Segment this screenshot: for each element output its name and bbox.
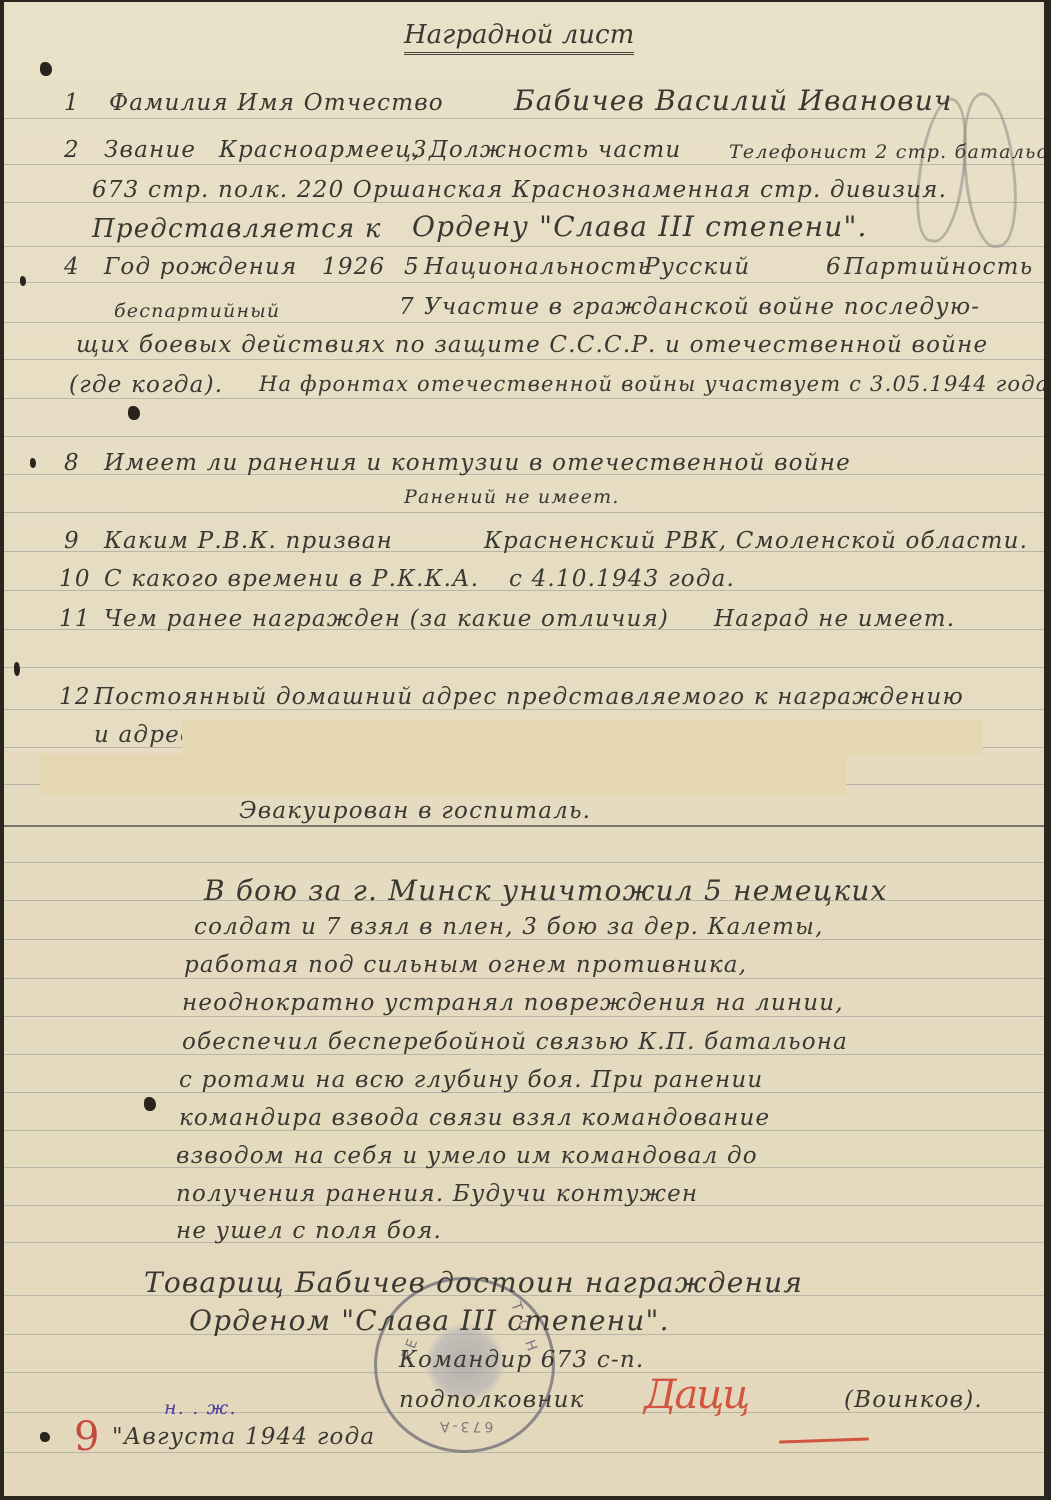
evacuation-note: Эвакуирован в госпиталь. xyxy=(239,798,591,824)
field-number: 5 xyxy=(404,254,420,280)
narrative-line: с ротами на всю глубину боя. При ранении xyxy=(179,1067,763,1093)
ruled-line xyxy=(4,1242,1044,1243)
field-label-fio: Фамилия Имя Отчество xyxy=(109,90,444,116)
commander-signature: Дацц xyxy=(644,1372,748,1418)
conclusion-line: Товарищ Бабичев достоин награждения xyxy=(144,1266,803,1299)
narrative-line: работая под сильным огнем противника, xyxy=(184,952,747,978)
blue-annotation: н. . ж. xyxy=(164,1397,237,1419)
ruled-line xyxy=(4,1452,1044,1453)
signature-underline xyxy=(779,1437,869,1443)
field-value-rvk: Красненский РВК, Смоленской области. xyxy=(484,528,1028,554)
ruled-line xyxy=(4,667,1044,668)
commander-name: (Воинков). xyxy=(844,1387,983,1413)
ruled-line xyxy=(4,246,1044,247)
field-number: 3 xyxy=(412,137,428,163)
ruled-line xyxy=(4,322,1044,323)
field-value-participation: На фронтах отечественной войны участвует… xyxy=(259,372,1044,396)
commander-title: Командир 673 с-п. xyxy=(399,1347,644,1373)
field-number: 6 xyxy=(826,254,842,280)
field-label-prior-awards: Чем ранее награжден (за какие отличия) xyxy=(104,606,669,632)
field-value-wounds: Ранений не имеет. xyxy=(404,486,620,508)
field-label-participation: Участие в гражданской войне последую- xyxy=(424,294,980,320)
narrative-line: В бою за г. Минск уничтожил 5 немецких xyxy=(204,874,888,907)
redacted-address xyxy=(40,754,846,796)
punch-hole xyxy=(40,1432,50,1442)
ruled-line xyxy=(4,164,1044,165)
field-number: 4 xyxy=(64,254,80,280)
field-value-position: Телефонист 2 стр. батальона. xyxy=(729,141,1044,163)
field-number: 1 xyxy=(64,90,80,116)
field-label-address: Постоянный домашний адрес представляемог… xyxy=(94,684,964,710)
award-sheet-page: Наградной лист 1 Фамилия Имя Отчество Ба… xyxy=(4,2,1044,1496)
punch-hole xyxy=(128,406,140,420)
field-value-nationality: Русский xyxy=(644,254,750,280)
field-value-fio: Бабичев Василий Иванович xyxy=(514,84,953,117)
ruled-line xyxy=(4,862,1044,863)
field-number: 7 xyxy=(399,294,415,320)
date-day: 9 xyxy=(74,1414,101,1460)
field-value-award: Ордену "Слава III степени". xyxy=(412,210,868,243)
stamp-text: 673-А xyxy=(437,1418,493,1434)
narrative-line: неоднократно устранял повреждения на лин… xyxy=(182,990,844,1016)
field-number: 11 xyxy=(59,606,91,632)
punch-hole xyxy=(30,458,36,468)
redacted-address xyxy=(182,720,982,756)
field-label-birth-year: Год рождения xyxy=(104,254,297,280)
field-value-prior-awards: Наград не имеет. xyxy=(714,606,955,632)
field-label-since: С какого времени в Р.К.К.А. xyxy=(104,566,479,592)
narrative-line: солдат и 7 взял в плен, 3 бою за дер. Ка… xyxy=(194,914,824,940)
ruled-line xyxy=(4,1016,1044,1017)
field-label-participation-cont: щих боевых действиях по защите С.С.С.Р. … xyxy=(76,332,988,358)
field-label-rank: Звание xyxy=(104,137,196,163)
date-text: "Августа 1944 года xyxy=(112,1424,375,1450)
punch-hole xyxy=(20,276,26,286)
field-number: 8 xyxy=(64,450,80,476)
field-label-rvk: Каким Р.В.К. призван xyxy=(104,528,393,554)
archive-number-mark xyxy=(956,90,1023,250)
narrative-line: командира взвода связи взял командование xyxy=(179,1105,770,1131)
narrative-line: взводом на себя и умело им командовал до xyxy=(176,1143,758,1169)
field-value-birth-year: 1926 xyxy=(322,254,385,280)
ruled-line xyxy=(4,436,1044,437)
narrative-line: обеспечил бесперебойной связью К.П. бата… xyxy=(182,1029,848,1055)
punch-hole xyxy=(40,62,52,76)
section-divider xyxy=(4,825,1044,827)
narrative-line: получения ранения. Будучи контужен xyxy=(176,1181,698,1207)
punch-hole xyxy=(144,1097,156,1111)
field-value-since: с 4.10.1943 года. xyxy=(509,566,735,592)
field-label-party: Партийность xyxy=(844,254,1033,280)
field-value-party: беспартийный xyxy=(114,300,280,322)
field-label-wounds: Имеет ли ранения и контузии в отечествен… xyxy=(104,450,851,476)
field-value-unit: 673 стр. полк. 220 Оршанская Краснознаме… xyxy=(92,177,947,203)
field-value-rank: Красноармеец, xyxy=(219,137,421,163)
field-number: 9 xyxy=(64,528,80,554)
punch-hole xyxy=(14,662,20,676)
narrative-line: не ушел с поля боя. xyxy=(176,1218,442,1244)
field-label-position: Должность части xyxy=(429,137,681,163)
commander-rank: подполковник xyxy=(399,1387,585,1413)
field-number: 2 xyxy=(64,137,80,163)
field-number: 10 xyxy=(59,566,91,592)
ruled-line xyxy=(4,282,1044,283)
ruled-line xyxy=(4,978,1044,979)
ruled-line xyxy=(4,512,1044,513)
conclusion-award: Орденом "Слава III степени". xyxy=(189,1304,670,1337)
field-label-nominated: Представляется к xyxy=(92,214,382,244)
document-title: Наградной лист xyxy=(404,20,634,55)
field-label-where-when: (где когда). xyxy=(69,372,223,398)
ruled-line xyxy=(4,398,1044,399)
ruled-line xyxy=(4,359,1044,360)
ruled-line xyxy=(4,118,1044,119)
field-number: 12 xyxy=(59,684,91,710)
field-label-nationality: Национальность xyxy=(424,254,652,280)
